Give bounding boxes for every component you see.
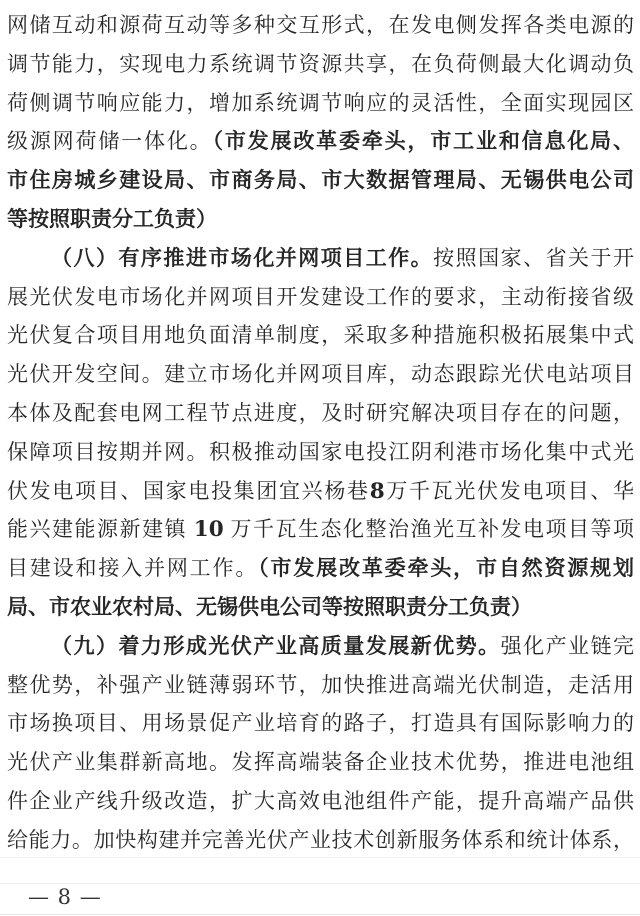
text-line: 保障项目按期并网。积极推动国家电投江阴利港市场化集中式光: [7, 433, 634, 472]
text-segment: 本体及配套电网工程节点进度，及时研究解决项目存在的问题，: [7, 401, 634, 425]
text-segment: 强化产业链完: [501, 634, 634, 658]
text-line: 光伏产业集群新高地。发挥高端装备企业技术优势，推进电池组: [7, 743, 634, 782]
text-line: 荷侧调节响应能力，增加系统调节响应的灵活性，全面实现园区: [7, 84, 634, 123]
text-line: （九）着力形成光伏产业高质量发展新优势。强化产业链完: [7, 627, 634, 666]
text-line: 件企业产线升级改造，扩大高效电池组件产能，提升高端产品供: [7, 782, 634, 821]
bold-text-segment: 等按照职责分工负责）: [7, 207, 217, 231]
bold-text-segment: 局、市农业农村局、无锡供电公司等按照职责分工负责）: [7, 595, 532, 619]
bold-text-segment: 市住房城乡建设局、市商务局、市大数据管理局、无锡供电公司: [7, 168, 634, 192]
text-segment: 光伏产业集群新高地。发挥高端装备企业技术优势，推进电池组: [7, 750, 634, 774]
text-segment: 整优势，补强产业链薄弱环节，加快推进高端光伏制造，走活用: [7, 673, 634, 697]
text-line: 能兴建能源新建镇 10 万千瓦生态化整治渔光互补发电项目等项: [7, 510, 634, 549]
text-segment: 光伏开发空间。建立市场化并网项目库，动态跟踪光伏电站项目: [7, 362, 634, 386]
bold-text-segment: （八）有序推进市场化并网项目工作。: [51, 246, 433, 270]
text-line: 伏发电项目、国家电投集团宜兴杨巷8万千瓦光伏发电项目、华: [7, 472, 634, 511]
text-segment: 件企业产线升级改造，扩大高效电池组件产能，提升高端产品供: [7, 789, 634, 813]
text-line: 展光伏发电市场化并网项目开发建设工作的要求，主动衔接省级: [7, 278, 634, 317]
text-line: 等按照职责分工负责）: [7, 200, 634, 239]
text-line: 光伏复合项目用地负面清单制度，采取多种措施积极拓展集中式: [7, 316, 634, 355]
text-segment: 级源网荷储一体化。: [7, 129, 213, 153]
text-line: 级源网荷储一体化。（市发展改革委牵头，市工业和信息化局、: [7, 122, 634, 161]
text-line: 光伏开发空间。建立市场化并网项目库，动态跟踪光伏电站项目: [7, 355, 634, 394]
text-segment: 网储互动和源荷互动等多种交互形式，在发电侧发挥各类电源的: [7, 13, 634, 37]
text-line: 目建设和接入并网工作。（市发展改革委牵头，市自然资源规划: [7, 549, 634, 588]
text-line: 市场换项目、用场景促产业培育的路子，打造具有国际影响力的: [7, 704, 634, 743]
text-segment: 目建设和接入并网工作。: [7, 556, 258, 580]
document-page: 网储互动和源荷互动等多种交互形式，在发电侧发挥各类电源的调节能力，实现电力系统调…: [0, 0, 640, 916]
text-line: 网储互动和源荷互动等多种交互形式，在发电侧发挥各类电源的: [7, 6, 634, 45]
text-segment: 按照国家、省关于开: [433, 246, 634, 270]
text-line: 整优势，补强产业链薄弱环节，加快推进高端光伏制造，走活用: [7, 666, 634, 705]
scan-artifact-line: [0, 914, 640, 915]
text-line: 市住房城乡建设局、市商务局、市大数据管理局、无锡供电公司: [7, 161, 634, 200]
text-segment: 保障项目按期并网。积极推动国家电投江阴利港市场化集中式光: [7, 440, 634, 464]
text-segment: 万千瓦光伏发电项目、华: [385, 479, 634, 503]
text-segment: 伏发电项目、国家电投集团宜兴杨巷: [7, 479, 370, 503]
text-line: （八）有序推进市场化并网项目工作。按照国家、省关于开: [7, 239, 634, 278]
numeral-segment: 8: [370, 479, 385, 504]
text-segment: 光伏复合项目用地负面清单制度，采取多种措施积极拓展集中式: [7, 323, 634, 347]
text-line: 给能力。加快构建并完善光伏产业技术创新服务体系和统计体系，: [7, 821, 634, 860]
text-segment: 市场换项目、用场景促产业培育的路子，打造具有国际影响力的: [7, 711, 634, 735]
text-segment: 调节能力，实现电力系统调节资源共享，在负荷侧最大化调动负: [7, 52, 634, 76]
text-segment: 展光伏发电市场化并网项目开发建设工作的要求，主动衔接省级: [7, 285, 634, 309]
bold-text-segment: （九）着力形成光伏产业高质量发展新优势。: [51, 634, 501, 658]
page-number-label: — 8 —: [28, 882, 102, 912]
text-segment: 荷侧调节响应能力，增加系统调节响应的灵活性，全面实现园区: [7, 91, 634, 115]
bold-text-segment: （市发展改革委牵头，市自然资源规划: [258, 556, 634, 580]
text-segment: 能兴建能源新建镇: [7, 517, 194, 541]
text-line: 本体及配套电网工程节点进度，及时研究解决项目存在的问题，: [7, 394, 634, 433]
bold-text-segment: （市发展改革委牵头，市工业和信息化局、: [213, 129, 635, 153]
text-segment: 给能力。加快构建并完善光伏产业技术创新服务体系和统计体系，: [7, 828, 634, 852]
text-line: 调节能力，实现电力系统调节资源共享，在负荷侧最大化调动负: [7, 45, 634, 84]
text-segment: 万千瓦生态化整治渔光互补发电项目等项: [224, 517, 634, 541]
text-block: 网储互动和源荷互动等多种交互形式，在发电侧发挥各类电源的调节能力，实现电力系统调…: [7, 6, 634, 860]
numeral-segment: 10: [194, 517, 224, 542]
text-line: 局、市农业农村局、无锡供电公司等按照职责分工负责）: [7, 588, 634, 627]
